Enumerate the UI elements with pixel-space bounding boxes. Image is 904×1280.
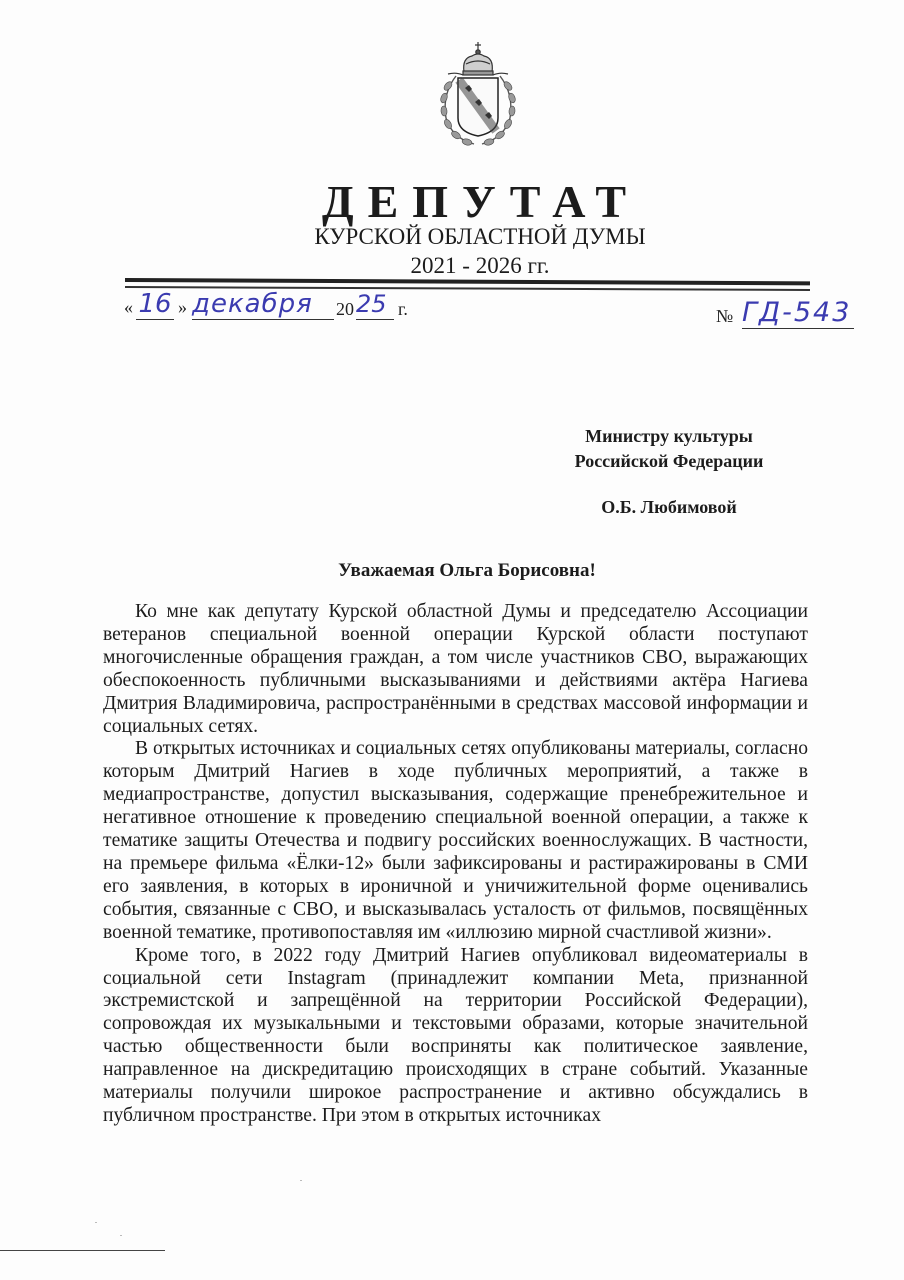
body-paragraph: Ко мне как депутату Курской областной Ду… bbox=[103, 601, 808, 738]
letterhead-title: ДЕПУТАТ bbox=[0, 176, 904, 228]
date-year-prefix: 20 bbox=[336, 299, 354, 320]
body-paragraph: Кроме того, в 2022 году Дмитрий Нагиев о… bbox=[103, 945, 808, 1128]
date-day: 16 bbox=[136, 289, 174, 320]
registration-number-label: № bbox=[716, 306, 733, 327]
scan-speck bbox=[712, 748, 714, 749]
date-close-quote: » bbox=[178, 297, 187, 318]
date-month: декабря bbox=[192, 289, 334, 320]
addressee-organization: Российской Федерации bbox=[554, 449, 784, 474]
salutation: Уважаемая Ольга Борисовна! bbox=[0, 560, 904, 582]
coat-of-arms-icon bbox=[428, 14, 528, 154]
header-rule-thick bbox=[125, 278, 810, 285]
scan-speck bbox=[300, 1180, 302, 1181]
date-open-quote: « bbox=[124, 297, 133, 318]
letterhead-subtitle: КУРСКОЙ ОБЛАСТНОЙ ДУМЫ bbox=[0, 224, 904, 250]
addressee-position: Министру культуры bbox=[554, 424, 784, 449]
scan-speck bbox=[120, 1235, 122, 1236]
scan-speck bbox=[95, 1222, 97, 1223]
letterhead-term: 2021 - 2026 гг. bbox=[0, 253, 904, 279]
date-year-suffix: 25 bbox=[356, 289, 394, 320]
body-paragraph: В открытых источниках и социальных сетях… bbox=[103, 738, 808, 944]
letter-body: Ко мне как депутату Курской областной Ду… bbox=[103, 601, 808, 1128]
footer-rule bbox=[0, 1250, 165, 1251]
date-year-unit: г. bbox=[398, 299, 408, 320]
addressee-block: Министру культуры Российской Федерации О… bbox=[554, 424, 784, 520]
addressee-name: О.Б. Любимовой bbox=[554, 495, 784, 520]
registration-number-value: ГД-543 bbox=[742, 298, 854, 329]
letter-page: ДЕПУТАТ КУРСКОЙ ОБЛАСТНОЙ ДУМЫ 2021 - 20… bbox=[0, 0, 904, 1280]
